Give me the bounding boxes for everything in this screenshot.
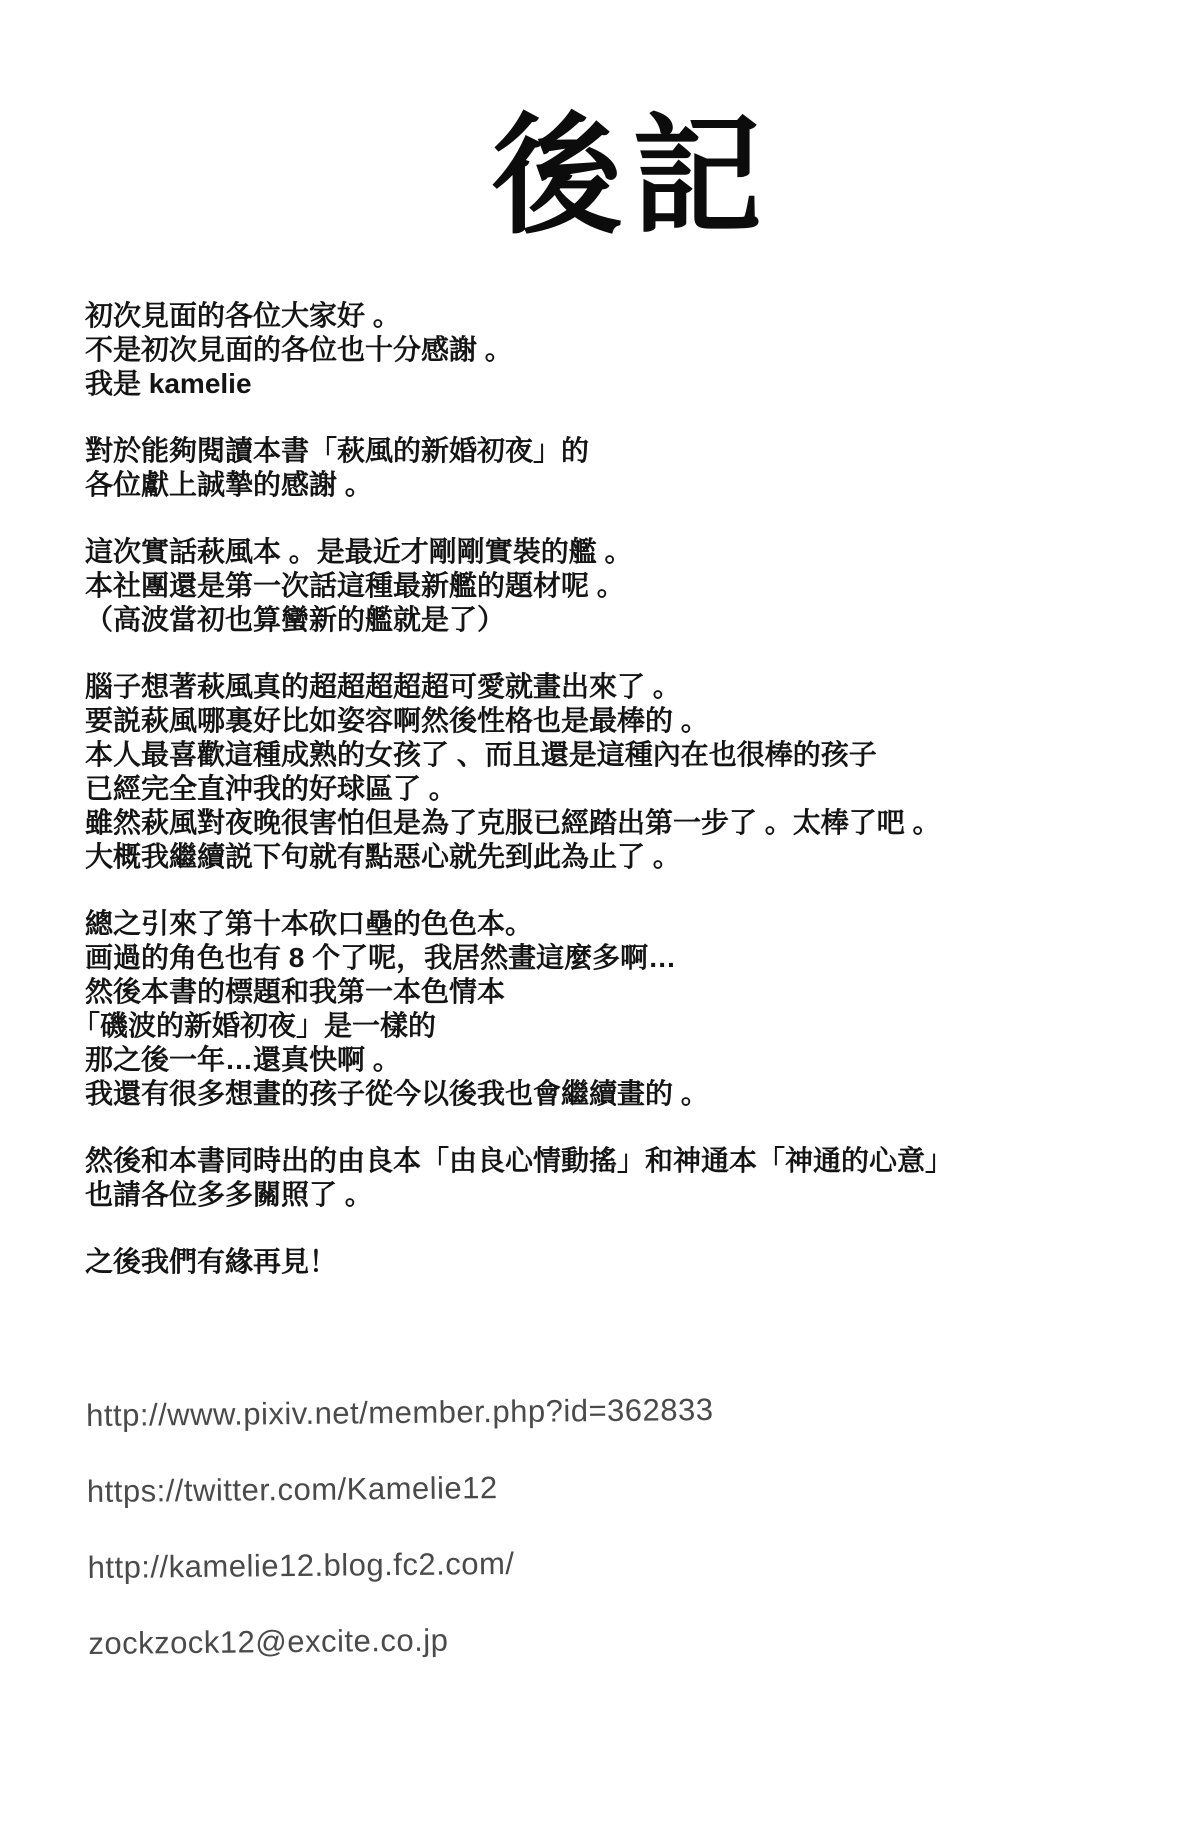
body-line: 然後本書的標題和我第一本色情本 (85, 975, 1140, 1009)
body-line: 不是初次見面的各位也十分感謝 。 (85, 333, 1140, 367)
greeting-paragraph: 初次見面的各位大家好 。 不是初次見面的各位也十分感謝 。 我是 kamelie (85, 299, 1140, 401)
new-ship-paragraph: 這次實話萩風本 。是最近才剛剛實裝的艦 。 本社團還是第一次話這種最新艦的題材呢… (85, 535, 1140, 637)
page-title: 後記 (32, 0, 1200, 245)
body-line: 本社團還是第一次話這種最新艦的題材呢 。 (85, 569, 1140, 603)
body-line: 本人最喜歡這種成熟的女孩了 、而且還是這種內在也很棒的孩子 (85, 738, 1140, 772)
other-books-paragraph: 然後和本書同時出的由良本「由良心情動搖」和神通本「神通的心意」 也請各位多多關照… (85, 1144, 1140, 1212)
body-line: （高波當初也算蠻新的艦就是了） (85, 603, 1140, 637)
body-line: 總之引來了第十本砍口壘的色色本。 (85, 907, 1140, 941)
body-line: 初次見面的各位大家好 。 (85, 299, 1140, 333)
contact-links: http://www.pixiv.net/member.php?id=36283… (86, 1392, 716, 1702)
hagikaze-paragraph: 腦子想著萩風真的超超超超超可愛就畫出來了 。 要説萩風哪裏好比如姿容啊然後性格也… (85, 670, 1140, 874)
afterword-body: 初次見面的各位大家好 。 不是初次見面的各位也十分感謝 。 我是 kamelie… (85, 299, 1140, 1279)
thanks-paragraph: 對於能夠閱讀本書「萩風的新婚初夜」的 各位獻上誠摯的感謝 。 (85, 434, 1140, 502)
pixiv-url: http://www.pixiv.net/member.php?id=36283… (86, 1392, 714, 1434)
body-line: 那之後一年…還真快啊 。 (85, 1043, 1140, 1077)
farewell-paragraph: 之後我們有緣再見！ (85, 1245, 1140, 1279)
body-line: 要説萩風哪裏好比如姿容啊然後性格也是最棒的 。 (85, 704, 1140, 738)
body-line: 對於能夠閱讀本書「萩風的新婚初夜」的 (85, 434, 1140, 468)
body-line: 各位獻上誠摯的感謝 。 (85, 468, 1140, 502)
body-line: 已經完全直沖我的好球區了 。 (85, 772, 1140, 806)
email-address: zockzock12@excite.co.jp (88, 1620, 716, 1662)
body-line: 我還有很多想畫的孩子從今以後我也會繼續畫的 。 (85, 1077, 1140, 1111)
author-name-line: 我是 kamelie (85, 367, 1140, 401)
body-line: 「磯波的新婚初夜」是一樣的 (72, 1009, 1140, 1043)
body-line: 這次實話萩風本 。是最近才剛剛實裝的艦 。 (85, 535, 1140, 569)
tenth-book-paragraph: 總之引來了第十本砍口壘的色色本。 画過的角色也有 8 个了呢，我居然畫這麼多啊…… (85, 907, 1140, 1111)
blog-url: http://kamelie12.blog.fc2.com/ (87, 1544, 715, 1586)
body-line: 腦子想著萩風真的超超超超超可愛就畫出來了 。 (85, 670, 1140, 704)
twitter-url: https://twitter.com/Kamelie12 (87, 1468, 715, 1510)
body-line: 然後和本書同時出的由良本「由良心情動搖」和神通本「神通的心意」 (85, 1144, 1140, 1178)
body-line: 之後我們有緣再見！ (85, 1245, 1140, 1279)
body-line: 画過的角色也有 8 个了呢，我居然畫這麼多啊… (85, 941, 1140, 975)
afterword-page: 後記 初次見面的各位大家好 。 不是初次見面的各位也十分感謝 。 我是 kame… (0, 0, 1200, 1822)
body-line: 雖然萩風對夜晚很害怕但是為了克服已經踏出第一步了 。太棒了吧 。 (85, 806, 1140, 840)
body-line: 也請各位多多關照了 。 (85, 1178, 1140, 1212)
body-line: 大概我繼續説下句就有點惡心就先到此為止了 。 (85, 840, 1140, 874)
